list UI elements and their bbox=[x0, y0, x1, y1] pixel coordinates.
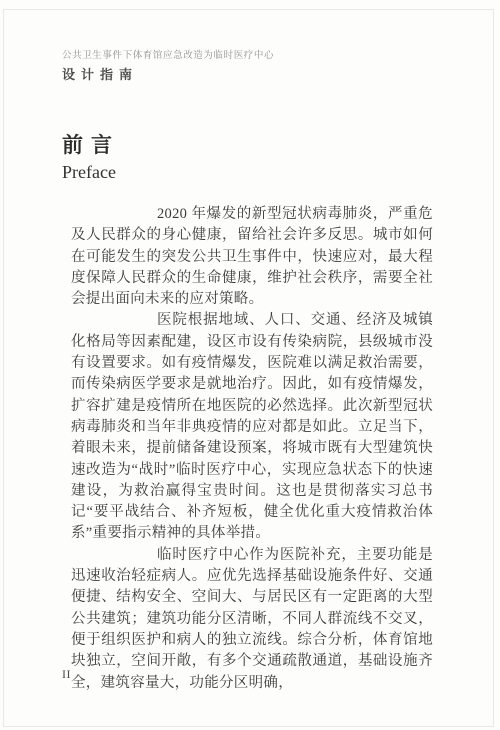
running-header: 公共卫生事件下体育馆应急改造为临时医疗中心 设计指南 bbox=[62, 47, 274, 83]
paragraph: 医院根据地域、人口、交通、经济及城镇化格局等因素配建，设区市设有传染病院，县级城… bbox=[71, 310, 433, 544]
page-number: II bbox=[62, 667, 71, 682]
paragraph: 临时医疗中心作为医院补充，主要功能是迅速收治轻症病人。应优先选择基础设施条件好、… bbox=[71, 545, 433, 694]
running-header-subtitle: 设计指南 bbox=[62, 64, 274, 83]
body-paragraphs: 2020 年爆发的新型冠状病毒肺炎，严重危及人民群众的身心健康，留给社会许多反思… bbox=[71, 204, 433, 694]
chapter-title-english: Preface bbox=[62, 162, 120, 183]
chapter-title-block: 前言 Preface bbox=[62, 129, 120, 183]
running-header-title: 公共卫生事件下体育馆应急改造为临时医疗中心 bbox=[62, 47, 274, 61]
document-page: 公共卫生事件下体育馆应急改造为临时医疗中心 设计指南 前言 Preface 20… bbox=[0, 0, 500, 730]
chapter-title-chinese: 前言 bbox=[62, 129, 120, 159]
paragraph: 2020 年爆发的新型冠状病毒肺炎，严重危及人民群众的身心健康，留给社会许多反思… bbox=[71, 204, 433, 310]
